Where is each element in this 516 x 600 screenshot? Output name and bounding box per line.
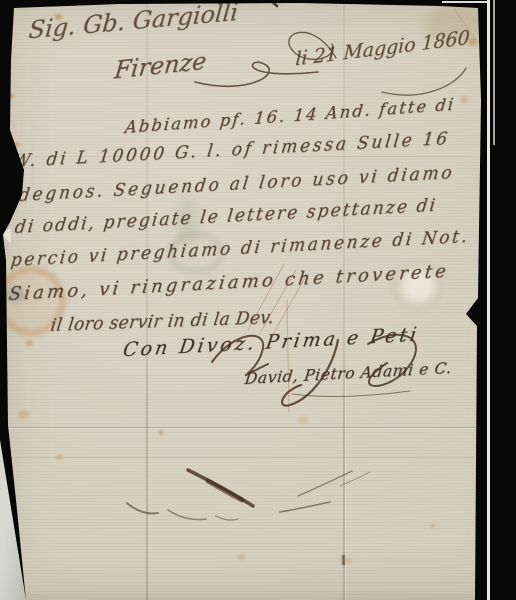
ink-smudge xyxy=(208,481,242,500)
foxing-spot xyxy=(8,93,14,99)
body-line: W. di L 10000 G. l. of rimessa Sulle 16 xyxy=(12,129,452,172)
fold-crease-horizontal-secondary xyxy=(4,457,474,458)
fold-crease-vertical-right xyxy=(343,0,345,600)
signature-line: David, Pietro Adami e C. xyxy=(244,359,453,388)
foxing-spot xyxy=(26,340,33,346)
ink-smudge xyxy=(298,471,352,496)
foxing-spot xyxy=(346,558,352,563)
foxing-spot xyxy=(14,142,20,147)
fold-crease-horizontal-highlight xyxy=(4,428,476,429)
foxing-spot xyxy=(56,454,63,460)
ink-smudge xyxy=(168,510,206,520)
foxing-spot xyxy=(238,554,245,560)
ink-speck xyxy=(342,555,345,565)
fold-crease-vertical-left xyxy=(146,0,148,600)
red-bleed-line xyxy=(287,300,289,412)
signature-underline xyxy=(292,391,410,397)
foxing-spot xyxy=(430,524,435,529)
ink-smudge xyxy=(127,503,158,514)
letter-paper: Sig. Gb. Gargiolli Firenze li 21 Maggio … xyxy=(0,0,516,600)
ink-smudge xyxy=(188,470,253,506)
date-tail xyxy=(382,68,466,95)
fold-crease-highlight xyxy=(345,380,346,600)
recipient-line: Sig. Gb. Gargiolli xyxy=(28,0,240,44)
ink-smudge xyxy=(216,516,238,520)
top-edge-tick xyxy=(271,1,277,6)
fold-crease-horizontal-main xyxy=(4,427,476,428)
scanner-mat-line xyxy=(487,0,490,600)
scanner-mat-line-top xyxy=(442,1,488,3)
foxing-spot xyxy=(460,96,468,103)
ink-smudge xyxy=(280,502,330,512)
torn-edge-highlight xyxy=(1,228,11,244)
place-line: Firenze xyxy=(113,46,208,84)
scanner-mat-line-secondary xyxy=(493,0,495,145)
foxing-spot xyxy=(298,416,308,424)
foxing-spot xyxy=(158,430,164,435)
scanned-letter-image: Sig. Gb. Gargiolli Firenze li 21 Maggio … xyxy=(0,0,516,600)
foxing-spot xyxy=(18,410,29,419)
ink-smudge xyxy=(340,472,370,486)
dateline: li 21 Maggio 1860 xyxy=(295,27,470,71)
